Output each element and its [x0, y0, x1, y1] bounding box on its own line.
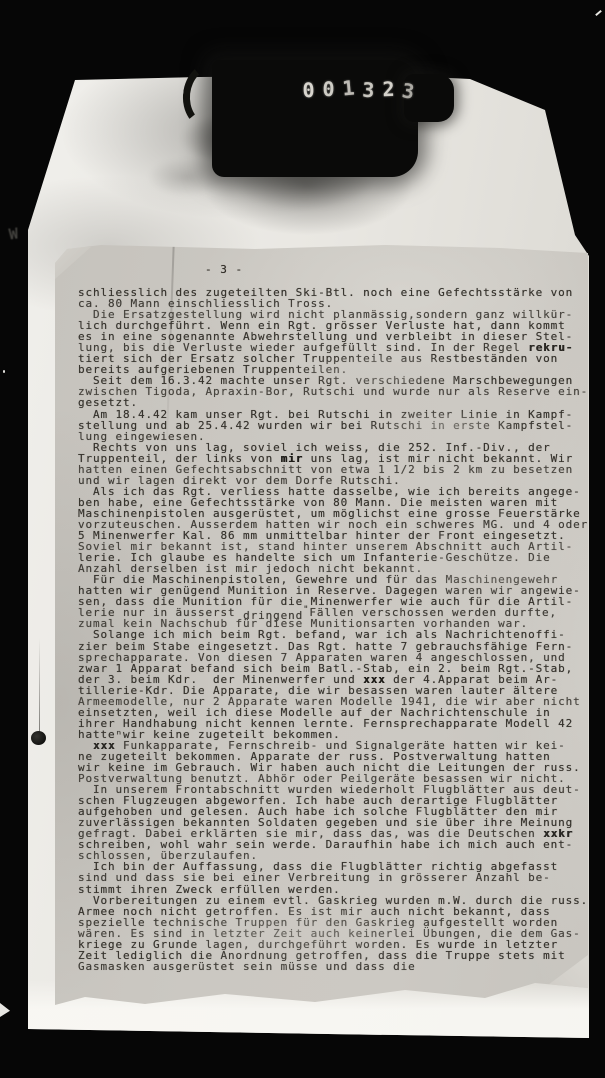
counter-digit: 2 [382, 76, 396, 102]
text-line: zwischen Tigoda, Apraxin-Bor, Rutschi un… [78, 386, 598, 397]
text-line: wären. Es sind in letzter Zeit auch kein… [78, 928, 598, 939]
text-line: lung, bis die Verluste wieder aufgefüllt… [78, 342, 598, 353]
counter-digit: 3 [400, 77, 417, 105]
text-line: Anzahl derselben ist mir jedoch nicht be… [78, 563, 598, 574]
counter-digit: 0 [302, 77, 316, 103]
hole-punch-mark [31, 731, 46, 745]
text-line: sprechapparate. Von diesen 7 Apparaten w… [78, 652, 598, 663]
scan-frame: 001323 - 3 - schliesslich des zugeteilte… [0, 0, 605, 1078]
counter-digit: 0 [322, 76, 335, 102]
text-line: schlossen, überzulaufen. [78, 850, 598, 861]
page-number: - 3 - [205, 263, 243, 276]
text-line: Soviel mir bekannt ist, stand hinter uns… [78, 541, 598, 552]
counter-digit: 3 [361, 77, 375, 104]
text-line: sind und dass sie bei einer Verbreitung … [78, 872, 598, 883]
document-body: schliesslich des zugeteilten Ski-Btl. no… [78, 287, 598, 972]
text-line: lung eingewiesen. [78, 431, 598, 442]
film-speck [0, 1003, 10, 1017]
text-line: Gasmasken ausgerüstet sein müsse und das… [78, 961, 598, 972]
film-speck [3, 370, 5, 373]
film-speck [595, 10, 602, 16]
text-line: zumal kein Nachschub für diese Munitions… [78, 618, 598, 629]
punch-string [39, 638, 40, 734]
text-line: xxx Funkapparate, Fernschreib- und Signa… [78, 740, 598, 751]
handwritten-mark: W [8, 224, 19, 243]
text-line: gefragt. Dabei erklärten sie mir, dass d… [78, 828, 598, 839]
text-line: Armeemodelle, nur 2 Apparate waren Model… [78, 696, 598, 707]
text-line: In unserem Frontabschnitt wurden wiederh… [78, 784, 598, 795]
text-line: Die Ersatzgestellung wird nicht planmäss… [78, 309, 598, 320]
counter-digit: 1 [341, 74, 356, 101]
counter-value: 001323 [302, 76, 415, 102]
text-line: und wir lagen direkt vor dem Dorfe Rutsc… [78, 475, 598, 486]
text-line: vorzuteuschen. Ausserdem hatten wir noch… [78, 519, 598, 530]
document-page: - 3 - schliesslich des zugeteilten Ski-B… [55, 243, 588, 1009]
